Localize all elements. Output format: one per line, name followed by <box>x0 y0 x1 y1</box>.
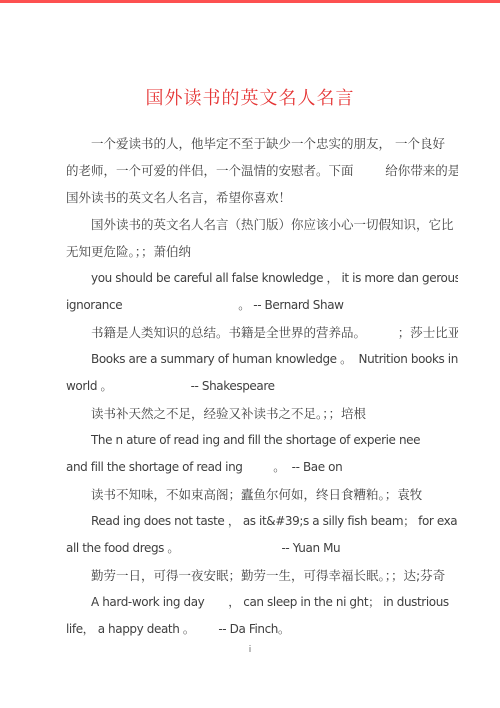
text-line: and fill the shortage of read ing 。 -- B… <box>66 454 458 481</box>
text-line: 勤劳一日，可得一夜安眠；勤劳一生，可得幸福长眠。；；达;芬奇 <box>66 562 458 589</box>
text-line: life， a happy death 。 -- Da Finch。 <box>66 616 458 643</box>
text-line: A hard-work ing day ， can sleep in the n… <box>66 589 458 616</box>
text-line: 无知更危险。；；萧伯纳 <box>66 238 458 265</box>
text-line: 的老师，一个可爱的伴侣，一个温情的安慰者。下面 给你带来的是 <box>66 157 458 184</box>
text-line: world 。 -- Shakespeare <box>66 373 458 400</box>
document-body: 一个爱读书的人，他毕定不至于缺少一个忠实的朋友， 一个良好 的老师，一个可爱的伴… <box>66 130 458 643</box>
text-line: ignorance 。 -- Bernard Shaw <box>66 292 458 319</box>
text-line: 读书补天然之不足，经验又补读书之不足。；；培根 <box>66 400 458 427</box>
text-line: The n ature of read ing and fill the sho… <box>66 427 458 454</box>
text-line: you should be careful all false knowledg… <box>66 265 458 292</box>
text-line: all the food dregs 。 -- Yuan Mu <box>66 535 458 562</box>
top-accent-bar <box>0 0 500 3</box>
page-number: i <box>0 644 500 656</box>
page-title: 国外读书的英文名人名言 <box>0 84 500 110</box>
text-line: Read ing does not taste ， as it&#39;s a … <box>66 508 458 535</box>
document-page: 国外读书的英文名人名言 一个爱读书的人，他毕定不至于缺少一个忠实的朋友， 一个良… <box>0 0 500 708</box>
text-line: 国外读书的英文名人名言，希望你喜欢！ <box>66 184 458 211</box>
text-line: 国外读书的英文名人名言（热门版）你应该小心一切假知识，它比 <box>66 211 458 238</box>
text-line: Books are a summary of human knowledge 。… <box>66 346 458 373</box>
text-line: 读书不知味，不如束高阁；蠹鱼尔何如，终日食糟粕。；袁牧 <box>66 481 458 508</box>
text-line: 一个爱读书的人，他毕定不至于缺少一个忠实的朋友， 一个良好 <box>66 130 458 157</box>
text-line: 书籍是人类知识的总结。书籍是全世界的营养品。 ；莎士比亚 <box>66 319 458 346</box>
